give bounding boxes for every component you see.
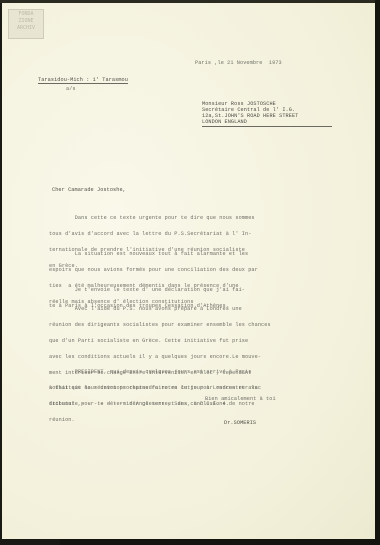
archive-stamp: FONDA ZIONE ARCHIV (8, 9, 44, 39)
text-line: Dans cette ce texte urgente pour te dire… (49, 216, 349, 221)
place-date: Paris ,le 21 Novembre 1973 (195, 61, 282, 66)
text-line: tribunal - - - - - - - d'Angleterre, San… (49, 402, 349, 407)
scan-right-edge (375, 0, 380, 545)
text-line: Je t'envoie le texte d' une déclaration … (49, 288, 349, 293)
recipient-line: LONDON ENGLAND (202, 120, 332, 127)
stamp-line: FONDA (9, 11, 43, 18)
stamp-line: ARCHIV (9, 25, 43, 32)
text-line: PRESIDENT, qui depuis quelques jours est… (49, 370, 349, 375)
text-line: souhaitait la réunion prochaine faire en… (49, 386, 349, 391)
signature: Dr.SOMERIS (224, 421, 256, 426)
text-line: réunion des dirigeants socialistes pour … (49, 323, 349, 328)
recipient-address: Monsieur Ross JOSTOSCHE Secrétaire Centr… (202, 102, 332, 127)
text-line: La situation est nouveaux tout à fait al… (49, 252, 349, 257)
paragraph-5: PRESIDENT, qui depuis quelques jours est… (49, 360, 349, 418)
text-line: que d'un Parti socialiste en Grèce. Cett… (49, 339, 349, 344)
closing: Bien amicalement à toi (205, 397, 276, 402)
text-line: tous d'avis d'accord avec la lettre du P… (49, 232, 349, 237)
letter-page: FONDA ZIONE ARCHIV Paris ,le 21 Novembre… (2, 3, 378, 539)
stamp-line: ZIONE (9, 18, 43, 25)
text-line: Avec l'aide du P.S. nous avons préparé à… (49, 307, 349, 312)
salutation: Cher Camarade Jostoshe, (52, 188, 126, 193)
text-line: espoirs que nous avions formés pour une … (49, 268, 349, 273)
text-line: réunion. (49, 418, 349, 423)
reference-sub: a/s (66, 87, 76, 92)
scan-bottom-edge (60, 539, 380, 545)
reference-line: Tarasidou-Mich : 1' Tarasmou (38, 78, 128, 84)
